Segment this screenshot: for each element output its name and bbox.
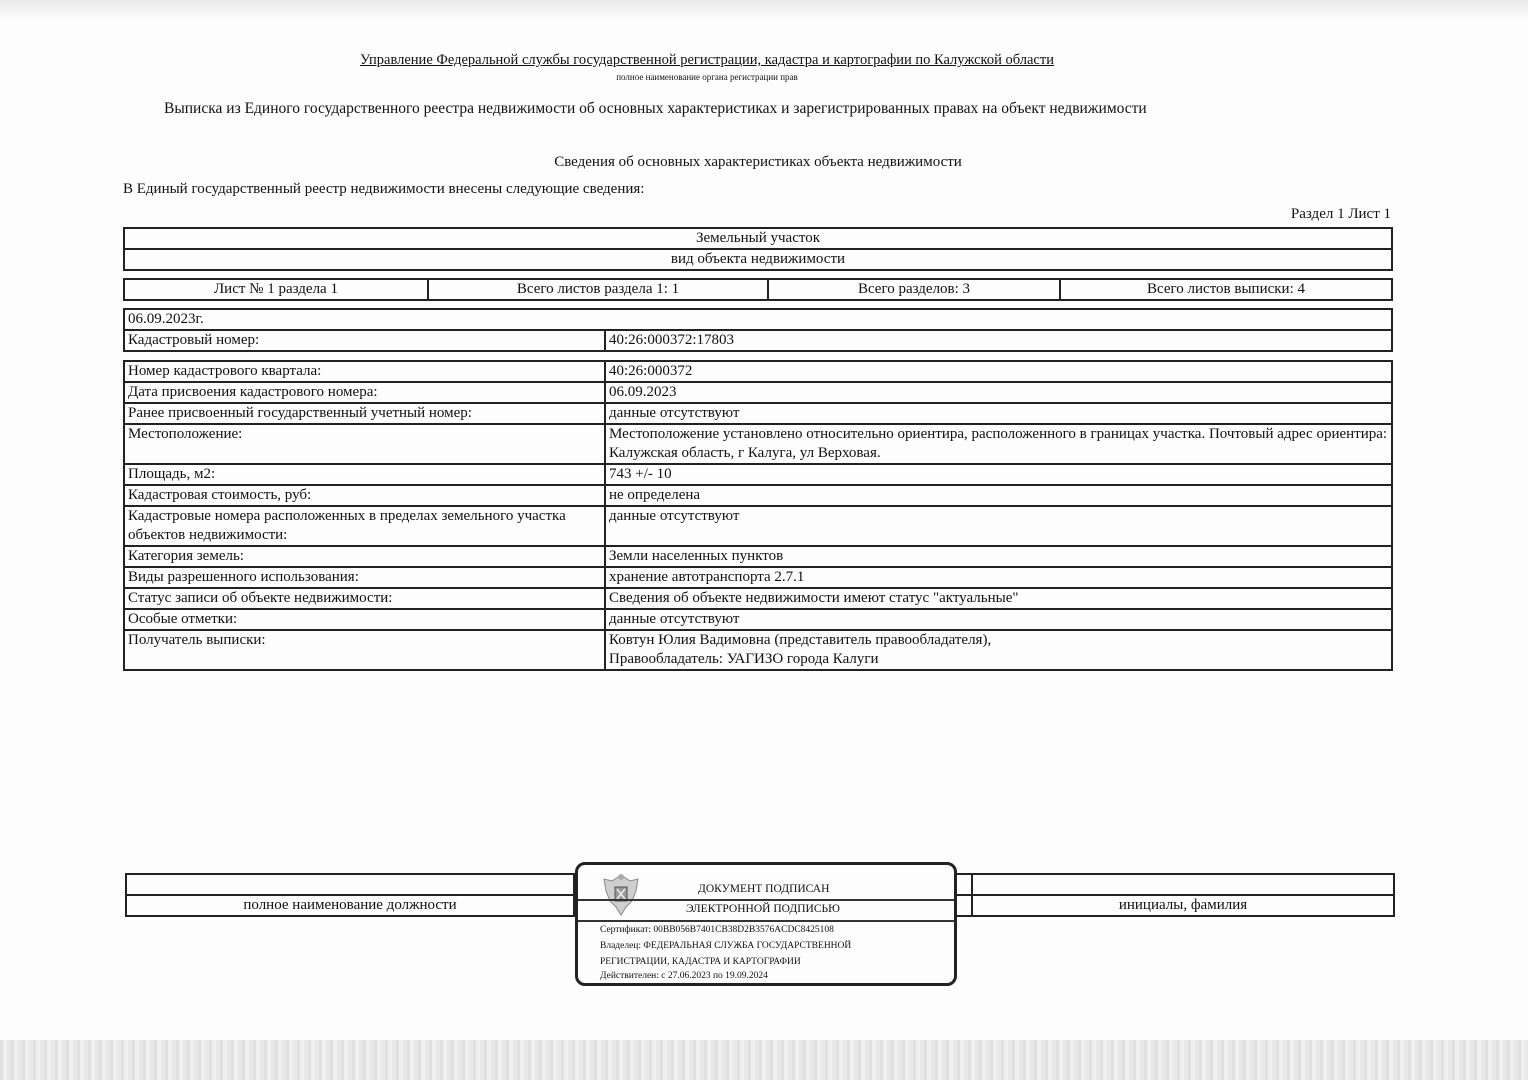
row-value: данные отсутствуют [605,403,1392,424]
table-row: Кадастровые номера расположенных в преде… [124,506,1392,546]
stamp-certificate: Сертификат: 00BB056B7401CB38D2B3576ACDC8… [600,925,834,935]
table-row: Статус записи об объекте недвижимости:Св… [124,588,1392,609]
row-label: Площадь, м2: [124,464,605,485]
table-row: Номер кадастрового квартала:40:26:000372 [124,361,1392,382]
scan-edge-bottom [0,1040,1528,1080]
row-value: Ковтун Юлия Вадимовна (представитель пра… [605,630,1392,670]
section-title: Сведения об основных характеристиках объ… [0,154,1516,171]
organization-name: Управление Федеральной службы государств… [0,52,1414,69]
intro-text: В Единый государственный реестр недвижим… [123,181,644,198]
total-sheets: Всего листов выписки: 4 [1060,279,1392,300]
document-title: Выписка из Единого государственного реес… [164,100,1147,118]
row-label: Номер кадастрового квартала: [124,361,605,382]
row-label: Категория земель: [124,546,605,567]
row-value: хранение автотранспорта 2.7.1 [605,567,1392,588]
stamp-line-1: ДОКУМЕНТ ПОДПИСАН [698,883,829,895]
cadastral-number-value: 40:26:000372:17803 [605,330,1392,351]
sheets-in-section: Всего листов раздела 1: 1 [428,279,768,300]
table-row: Ранее присвоенный государственный учетны… [124,403,1392,424]
name-caption: инициалы, фамилия [972,895,1394,916]
characteristics-table: Номер кадастрового квартала:40:26:000372… [123,360,1393,671]
row-value: данные отсутствуют [605,609,1392,630]
sheets-table: Лист № 1 раздела 1 Всего листов раздела … [123,278,1393,301]
electronic-signature-stamp: ДОКУМЕНТ ПОДПИСАН ЭЛЕКТРОННОЙ ПОДПИСЬЮ С… [575,862,957,986]
record-header-table: 06.09.2023г. Кадастровый номер: 40:26:00… [123,308,1393,352]
row-value: данные отсутствуют [605,506,1392,546]
coat-of-arms-icon [600,871,642,919]
row-label: Статус записи об объекте недвижимости: [124,588,605,609]
row-value: Сведения об объекте недвижимости имеют с… [605,588,1392,609]
row-label: Кадастровые номера расположенных в преде… [124,506,605,546]
object-kind-caption: вид объекта недвижимости [124,249,1392,270]
row-value: 40:26:000372 [605,361,1392,382]
row-label: Ранее присвоенный государственный учетны… [124,403,605,424]
row-label: Получатель выписки: [124,630,605,670]
total-sections: Всего разделов: 3 [768,279,1060,300]
table-row: Особые отметки:данные отсутствуют [124,609,1392,630]
row-value: Земли населенных пунктов [605,546,1392,567]
row-value: Местоположение установлено относительно … [605,424,1392,464]
table-row: Площадь, м2:743 +/- 10 [124,464,1392,485]
stamp-owner-line-1: Владелец: ФЕДЕРАЛЬНАЯ СЛУЖБА ГОСУДАРСТВЕ… [600,941,851,951]
table-row: Категория земель:Земли населенных пункто… [124,546,1392,567]
position-caption: полное наименование должности [126,895,574,916]
table-row: Местоположение:Местоположение установлен… [124,424,1392,464]
section-reference: Раздел 1 Лист 1 [1291,206,1391,223]
stamp-validity: Действителен: с 27.06.2023 по 19.09.2024 [600,971,768,981]
row-value: 06.09.2023 [605,382,1392,403]
row-label: Кадастровая стоимость, руб: [124,485,605,506]
row-label: Местоположение: [124,424,605,464]
stamp-line-2: ЭЛЕКТРОННОЙ ПОДПИСЬЮ [686,903,840,915]
row-label: Виды разрешенного использования: [124,567,605,588]
stamp-owner-line-2: РЕГИСТРАЦИИ, КАДАСТРА И КАРТОГРАФИИ [600,957,801,967]
object-kind-value: Земельный участок [124,228,1392,249]
table-row: Дата присвоения кадастрового номера:06.0… [124,382,1392,403]
row-value: не определена [605,485,1392,506]
sheet-number: Лист № 1 раздела 1 [124,279,428,300]
table-row: Кадастровая стоимость, руб:не определена [124,485,1392,506]
scan-edge-top [0,0,1528,22]
record-date: 06.09.2023г. [124,309,1392,330]
row-label: Особые отметки: [124,609,605,630]
table-row: Получатель выписки:Ковтун Юлия Вадимовна… [124,630,1392,670]
organization-caption: полное наименование органа регистрации п… [0,72,1414,82]
object-kind-table: Земельный участок вид объекта недвижимос… [123,227,1393,271]
row-label: Дата присвоения кадастрового номера: [124,382,605,403]
row-value: 743 +/- 10 [605,464,1392,485]
cadastral-number-label: Кадастровый номер: [124,330,605,351]
table-row: Виды разрешенного использования:хранение… [124,567,1392,588]
